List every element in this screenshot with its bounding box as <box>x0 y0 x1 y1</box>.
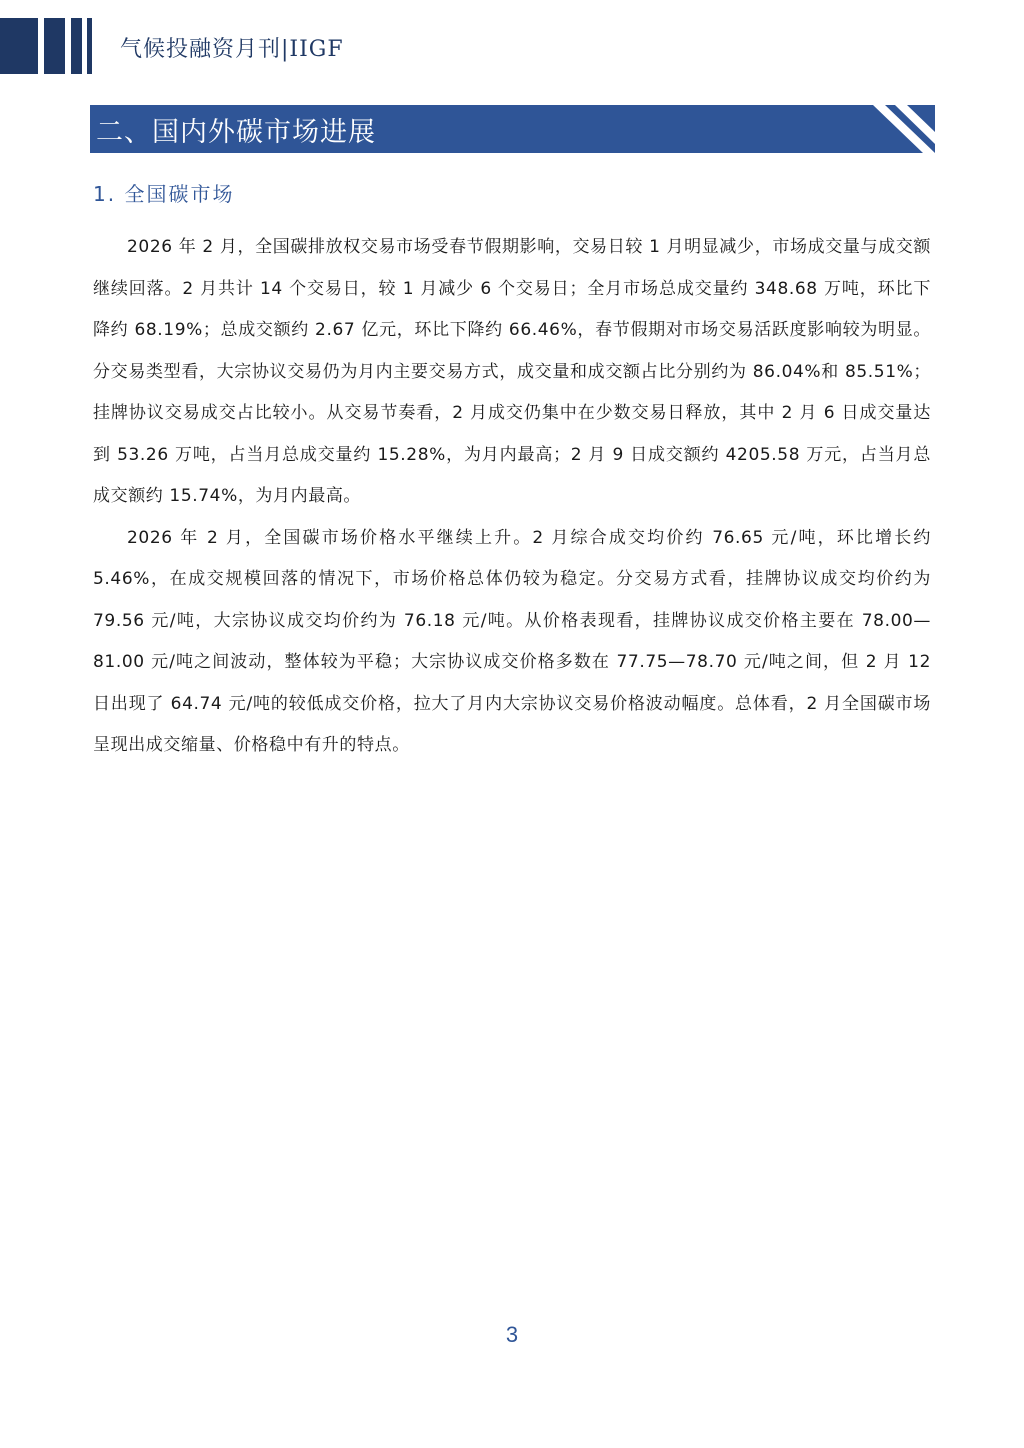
publication-title: 气候投融资月刊|IIGF <box>120 32 344 63</box>
article-body: 2026 年 2 月，全国碳排放权交易市场受春节假期影响，交易日较 1 月明显减… <box>93 227 931 767</box>
subsection-heading: 1. 全国碳市场 <box>93 178 234 207</box>
page-number: 3 <box>0 1322 1024 1348</box>
header-decor-bar <box>44 18 65 74</box>
header-decor-bar <box>87 18 92 74</box>
diagonal-stripes-icon <box>845 105 935 153</box>
header-decor-bar <box>71 18 82 74</box>
header-decor-bar <box>0 18 38 74</box>
section-title: 二、国内外碳市场进展 <box>96 110 376 149</box>
page-header: 气候投融资月刊|IIGF <box>0 18 1024 74</box>
section-banner: 二、国内外碳市场进展 <box>90 105 935 153</box>
paragraph: 2026 年 2 月，全国碳市场价格水平继续上升。2 月综合成交均价约 76.6… <box>93 518 931 767</box>
paragraph: 2026 年 2 月，全国碳排放权交易市场受春节假期影响，交易日较 1 月明显减… <box>93 227 931 518</box>
